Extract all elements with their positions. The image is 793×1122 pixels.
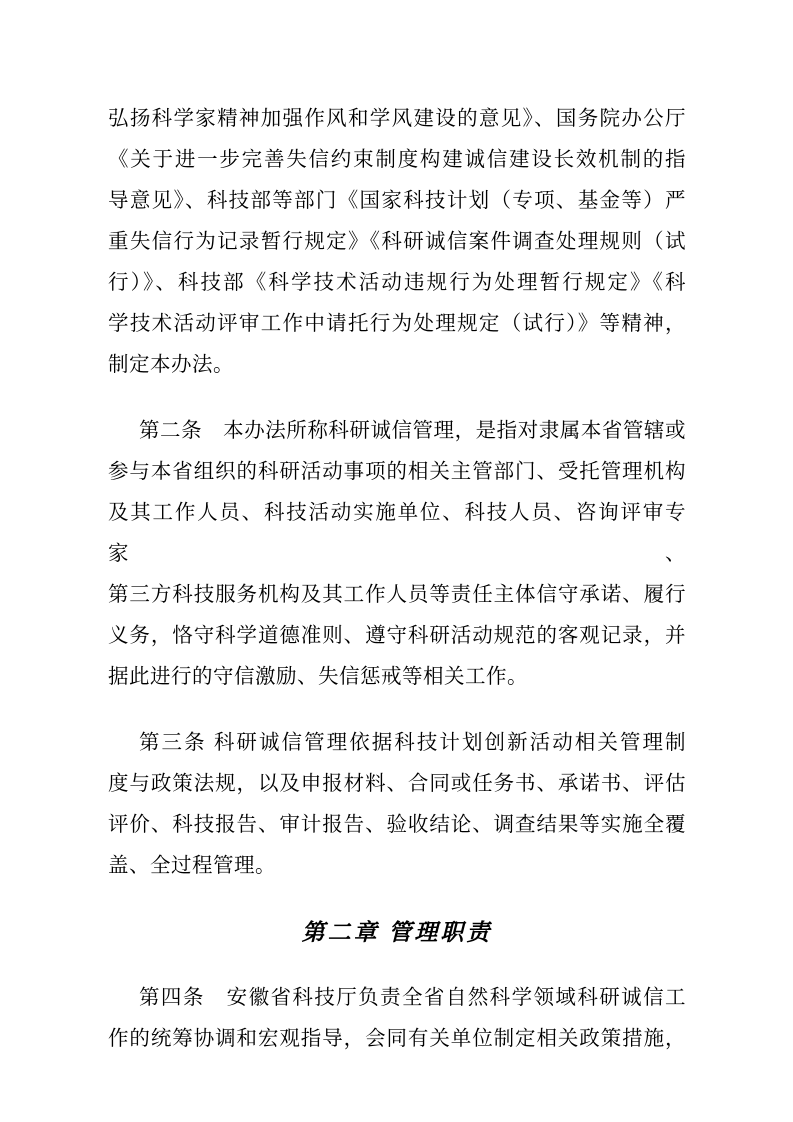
text-line: 弘扬科学家精神加强作风和学风建设的意见》、国务院办公厅 bbox=[108, 99, 686, 140]
text-line: 学技术活动评审工作中请托行为处理规定（试行）》等精神， bbox=[108, 304, 686, 345]
text-line: 第四条 安徽省科技厅负责全省自然科学领域科研诚信工 bbox=[108, 978, 686, 1019]
text-line: 盖、全过程管理。 bbox=[108, 846, 686, 887]
text-line: 重失信行为记录暂行规定》《科研诚信案件调查处理规则（试 bbox=[108, 222, 686, 263]
text-line: 及其工作人员、科技活动实施单位、科技人员、咨询评审专家、 bbox=[108, 493, 686, 575]
text-line: 第二条 本办法所称科研诚信管理，是指对隶属本省管辖或 bbox=[108, 411, 686, 452]
paragraph: 第二条 本办法所称科研诚信管理，是指对隶属本省管辖或参与本省组织的科研活动事项的… bbox=[108, 411, 686, 698]
document-page: 弘扬科学家精神加强作风和学风建设的意见》、国务院办公厅《关于进一步完善失信约束制… bbox=[0, 0, 793, 1122]
text-line: 制定本办法。 bbox=[108, 345, 686, 386]
text-line: 据此进行的守信激励、失信惩戒等相关工作。 bbox=[108, 657, 686, 698]
text-line: 行）》、科技部《科学技术活动违规行为处理暂行规定》《科 bbox=[108, 263, 686, 304]
document-content: 弘扬科学家精神加强作风和学风建设的意见》、国务院办公厅《关于进一步完善失信约束制… bbox=[0, 0, 793, 1060]
paragraph: 第三条 科研诚信管理依据科技计划创新活动相关管理制度与政策法规，以及申报材料、合… bbox=[108, 723, 686, 887]
text-line: 参与本省组织的科研活动事项的相关主管部门、受托管理机构 bbox=[108, 452, 686, 493]
text-line: 导意见》、科技部等部门《国家科技计划（专项、基金等）严 bbox=[108, 181, 686, 222]
text-line: 第三方科技服务机构及其工作人员等责任主体信守承诺、履行 bbox=[108, 575, 686, 616]
paragraph: 第四条 安徽省科技厅负责全省自然科学领域科研诚信工作的统筹协调和宏观指导，会同有… bbox=[108, 978, 686, 1060]
text-line: 作的统筹协调和宏观指导，会同有关单位制定相关政策措施， bbox=[108, 1019, 686, 1060]
text-line: 度与政策法规，以及申报材料、合同或任务书、承诺书、评估 bbox=[108, 764, 686, 805]
paragraph: 弘扬科学家精神加强作风和学风建设的意见》、国务院办公厅《关于进一步完善失信约束制… bbox=[108, 99, 686, 386]
text-line: 《关于进一步完善失信约束制度构建诚信建设长效机制的指 bbox=[108, 140, 686, 181]
chapter-heading: 第二章 管理职责 bbox=[108, 912, 686, 953]
text-line: 第三条 科研诚信管理依据科技计划创新活动相关管理制 bbox=[108, 723, 686, 764]
text-line: 评价、科技报告、审计报告、验收结论、调查结果等实施全覆 bbox=[108, 805, 686, 846]
text-line: 义务，恪守科学道德准则、遵守科研活动规范的客观记录，并 bbox=[108, 616, 686, 657]
